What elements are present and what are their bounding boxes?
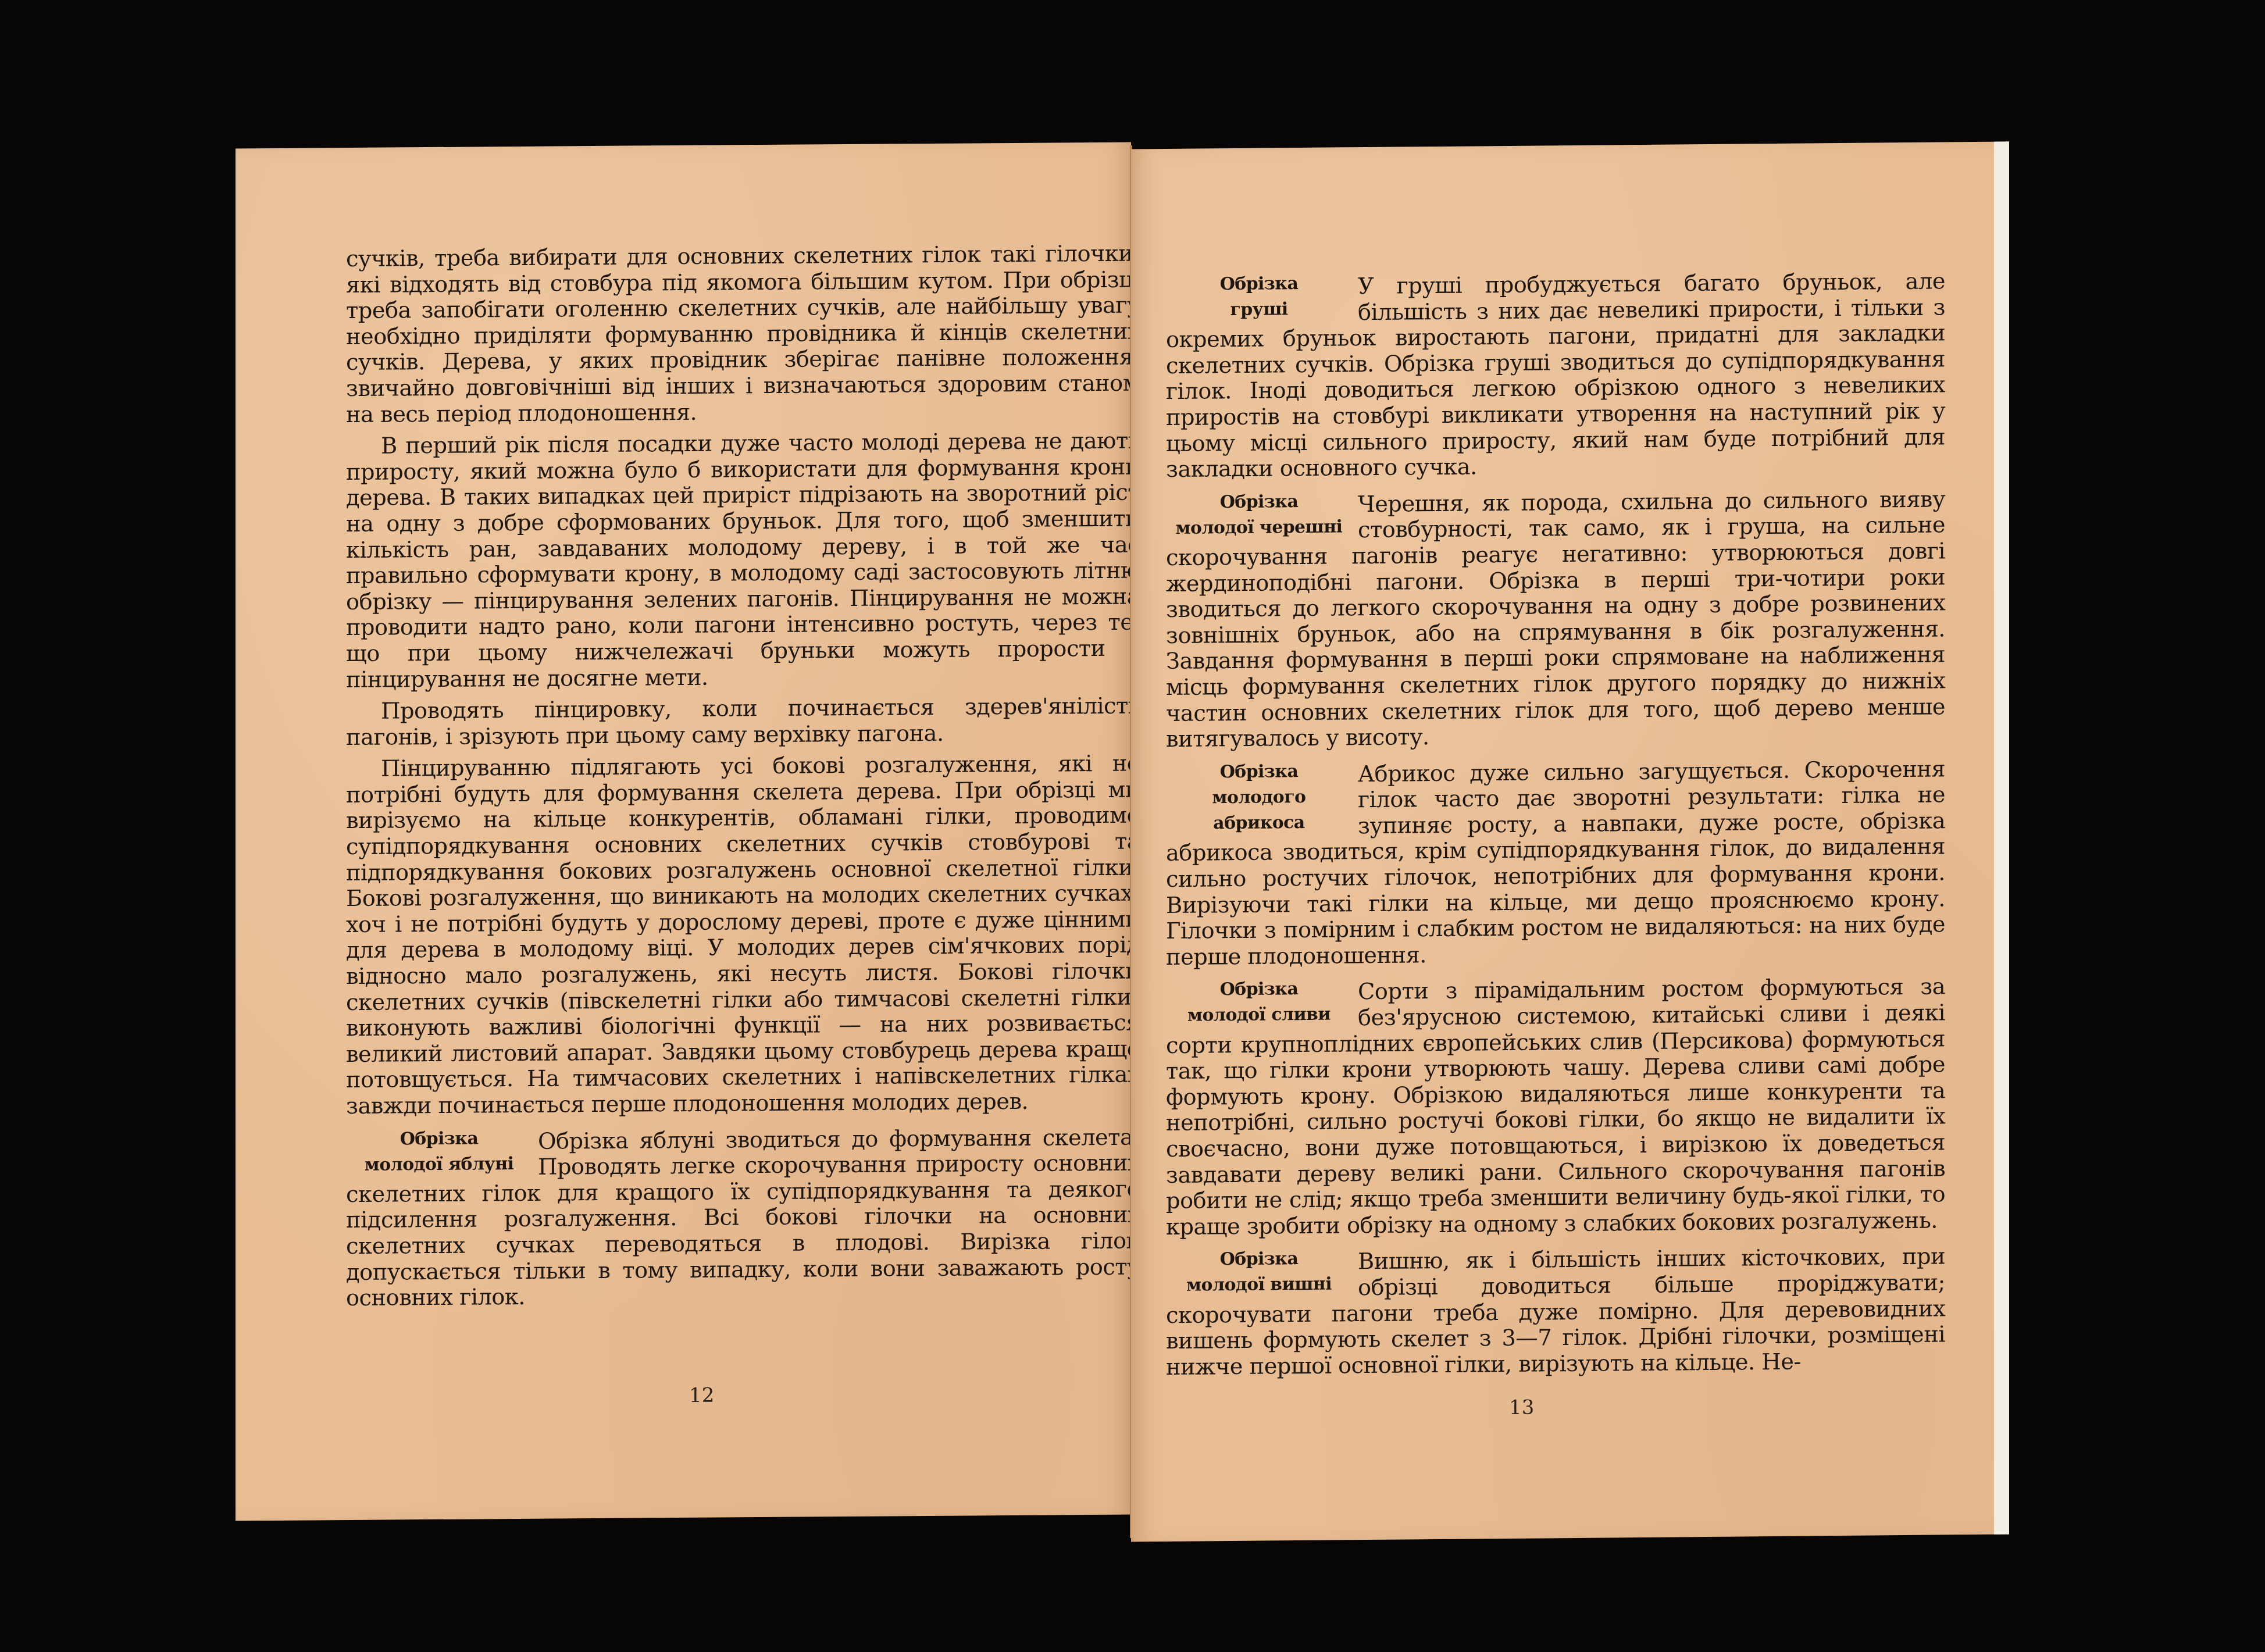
open-booklet-spread: сучків, треба вибирати для основних скел… <box>236 145 2027 1541</box>
right-page-text: Обрізка груші У груші пробуджується бага… <box>1166 258 1945 1380</box>
section-young-cherry: Обрізка молодої черешні Черешня, як поро… <box>1166 487 1945 753</box>
side-heading-line: молодої яблуні <box>346 1151 532 1178</box>
side-heading-line: молодої вишні <box>1166 1272 1352 1299</box>
paragraph: Пінцируванню підлягають усі бокові розга… <box>346 751 1140 1120</box>
side-heading-line: молодої черешні <box>1166 514 1352 541</box>
side-heading: Обрізка молодої яблуні <box>346 1125 532 1178</box>
paragraph: сучків, треба вибирати для основних скел… <box>346 241 1140 429</box>
section-young-plum: Обрізка молодої сливи Сорти з пірамідаль… <box>1166 975 1945 1241</box>
section-young-apricot: Обрізка молодого абрикоса Абрикос дуже с… <box>1166 757 1945 970</box>
page-number: 12 <box>689 1384 714 1407</box>
side-heading-line: Обрізка <box>1166 758 1352 786</box>
right-page: Обрізка груші У груші пробуджується бага… <box>1131 141 2009 1542</box>
page-number: 13 <box>1509 1396 1534 1419</box>
side-heading-line: Обрізка <box>346 1125 532 1152</box>
side-heading-line: Обрізка <box>1166 488 1352 516</box>
side-heading-line: груші <box>1166 296 1352 323</box>
side-heading: Обрізка молодого абрикоса <box>1166 758 1352 837</box>
side-heading: Обрізка молодої вишні <box>1166 1246 1352 1299</box>
section-young-apple: Обрізка молодої яблуні Обрізка яблуні зв… <box>346 1125 1140 1312</box>
paragraph: В перший рік після посадки дуже часто мо… <box>346 429 1140 693</box>
side-heading-line: Обрізка <box>1166 976 1352 1004</box>
left-page: сучків, треба вибирати для основних скел… <box>236 142 1131 1521</box>
section-pear: Обрізка груші У груші пробуджується бага… <box>1166 269 1945 483</box>
section-young-sour-cherry: Обрізка молодої вишні Вишню, як і більші… <box>1166 1244 1945 1381</box>
side-heading-line: Обрізка <box>1166 270 1352 298</box>
side-heading: Обрізка молодої черешні <box>1166 488 1352 541</box>
side-heading-line: молодої сливи <box>1166 1002 1352 1029</box>
side-heading-line: Обрізка <box>1166 1246 1352 1273</box>
left-page-text: сучків, треба вибирати для основних скел… <box>346 241 1140 1312</box>
side-heading: Обрізка молодої сливи <box>1166 976 1352 1029</box>
paragraph: Проводять пінцировку, коли починається з… <box>346 694 1140 751</box>
side-heading: Обрізка груші <box>1166 270 1352 323</box>
side-heading-line: молодого абрикоса <box>1166 784 1352 837</box>
